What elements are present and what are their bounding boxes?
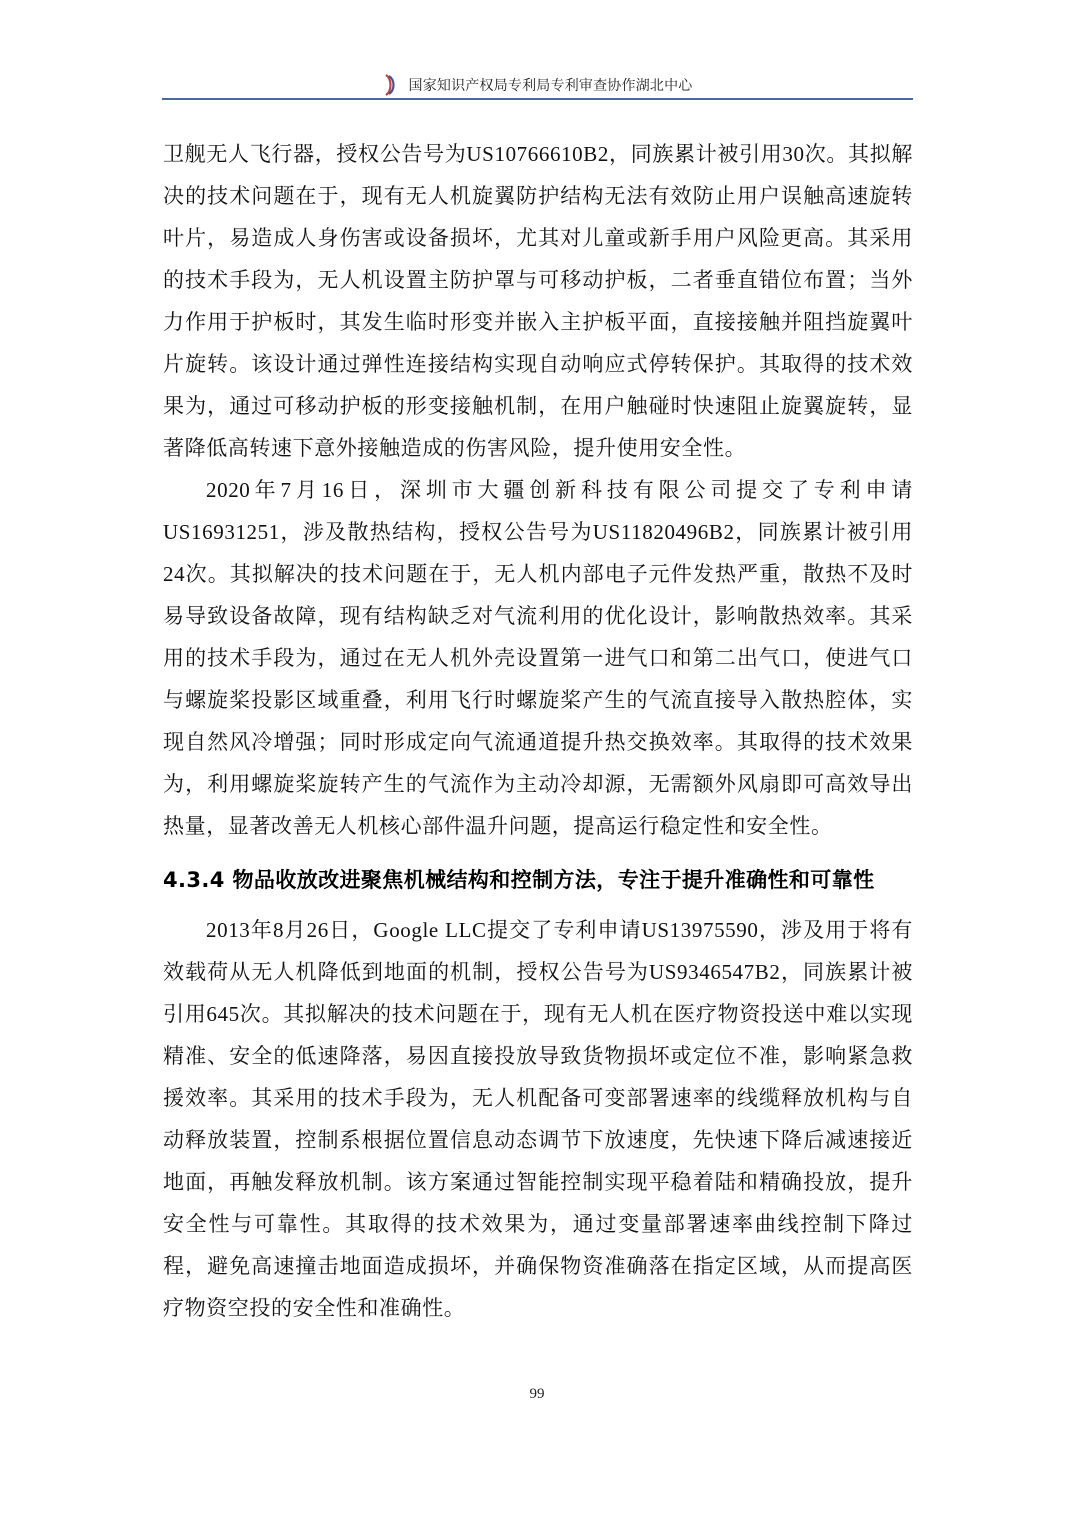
parenthesis-logo-icon	[383, 74, 397, 96]
body-paragraph: 2013年8月26日，Google LLC提交了专利申请US13975590，涉…	[163, 909, 913, 1329]
page-number: 99	[0, 1386, 1074, 1403]
section-heading: 4.3.4 物品收放改进聚焦机械结构和控制方法，专注于提升准确性和可靠性	[163, 851, 913, 909]
body-paragraph: 2020年7月16日，深圳市大疆创新科技有限公司提交了专利申请US1693125…	[163, 469, 913, 847]
page-header: 国家知识产权局专利局专利审查协作湖北中心	[162, 72, 913, 100]
header-divider	[162, 98, 913, 100]
header-inner: 国家知识产权局专利局专利审查协作湖北中心	[162, 72, 913, 98]
header-title: 国家知识产权局专利局专利审查协作湖北中心	[409, 75, 693, 95]
document-body: 卫舰无人飞行器，授权公告号为US10766610B2，同族累计被引用30次。其拟…	[163, 133, 913, 1329]
body-paragraph: 卫舰无人飞行器，授权公告号为US10766610B2，同族累计被引用30次。其拟…	[163, 133, 913, 469]
